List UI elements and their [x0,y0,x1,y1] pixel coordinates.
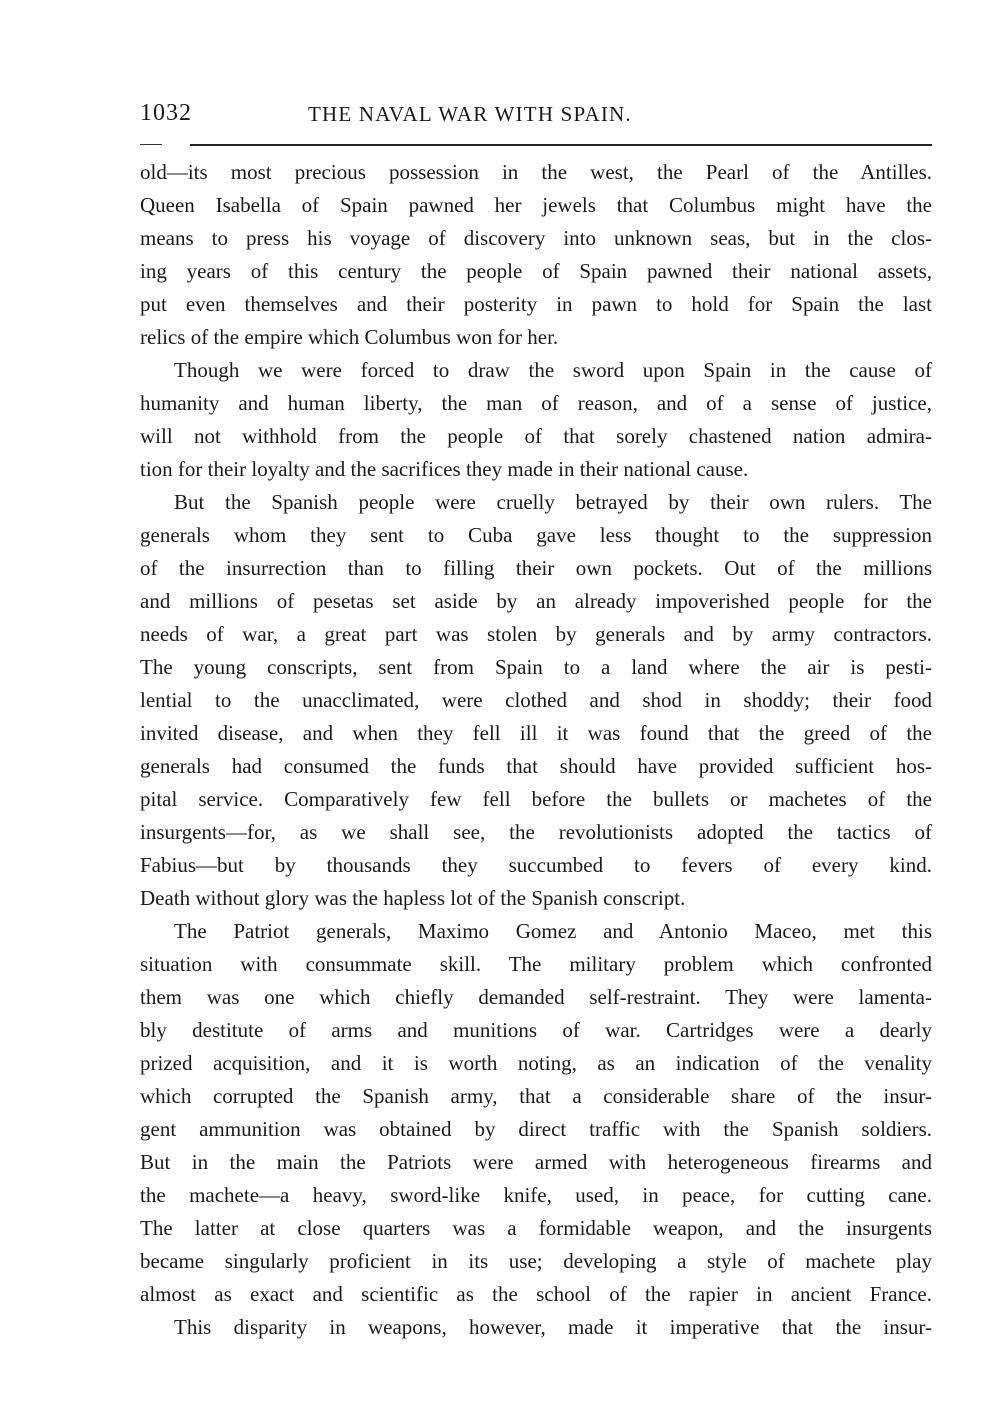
text-line: But in the main the Patriots were armed … [140,1146,932,1179]
text-line: almost as exact and scientific as the sc… [140,1278,932,1311]
text-line: lential to the unacclimated, were clothe… [140,684,932,717]
paragraph: Though we were forced to draw the sword … [140,354,932,486]
text-line: humanity and human liberty, the man of r… [140,387,932,420]
text-line: Queen Isabella of Spain pawned her jewel… [140,189,932,222]
text-line: Fabius—but by thousands they succumbed t… [140,849,932,882]
header-rule [140,132,932,146]
text-line: put even themselves and their posterity … [140,288,932,321]
text-line: pital service. Comparatively few fell be… [140,783,932,816]
book-page: 1032 THE NAVAL WAR WITH SPAIN. old—its m… [140,92,932,1344]
text-line: gent ammunition was obtained by direct t… [140,1113,932,1146]
paragraph: This disparity in weapons, however, made… [140,1311,932,1344]
text-line: bly destitute of arms and munitions of w… [140,1014,932,1047]
text-line: and millions of pesetas set aside by an … [140,585,932,618]
text-line: them was one which chiefly demanded self… [140,981,932,1014]
text-line: Though we were forced to draw the sword … [140,354,932,387]
text-line: generals had consumed the funds that sho… [140,750,932,783]
text-line: Death without glory was the hapless lot … [140,882,932,915]
text-line: situation with consummate skill. The mil… [140,948,932,981]
text-line: The Patriot generals, Maximo Gomez and A… [140,915,932,948]
running-title: THE NAVAL WAR WITH SPAIN. [308,102,632,127]
text-line: the machete—a heavy, sword-like knife, u… [140,1179,932,1212]
text-line: invited disease, and when they fell ill … [140,717,932,750]
text-line: which corrupted the Spanish army, that a… [140,1080,932,1113]
text-line: needs of war, a great part was stolen by… [140,618,932,651]
text-line: But the Spanish people were cruelly betr… [140,486,932,519]
paragraph: old—its most precious possession in the … [140,156,932,354]
rule-dash [140,144,162,145]
text-line: prized acquisition, and it is worth noti… [140,1047,932,1080]
text-line: will not withhold from the people of tha… [140,420,932,453]
text-line: relics of the empire which Columbus won … [140,321,932,354]
rule-line [190,144,932,146]
text-line: generals whom they sent to Cuba gave les… [140,519,932,552]
text-line: This disparity in weapons, however, made… [140,1311,932,1344]
text-line: ing years of this century the people of … [140,255,932,288]
body-text: old—its most precious possession in the … [140,156,932,1344]
text-line: of the insurrection than to filling thei… [140,552,932,585]
text-line: became singularly proficient in its use;… [140,1245,932,1278]
paragraph: The Patriot generals, Maximo Gomez and A… [140,915,932,1311]
page-number: 1032 [140,100,192,127]
text-line: tion for their loyalty and the sacrifice… [140,453,932,486]
text-line: means to press his voyage of discovery i… [140,222,932,255]
text-line: The latter at close quarters was a formi… [140,1212,932,1245]
paragraph: But the Spanish people were cruelly betr… [140,486,932,915]
text-line: old—its most precious possession in the … [140,156,932,189]
text-line: insurgents—for, as we shall see, the rev… [140,816,932,849]
running-head: 1032 THE NAVAL WAR WITH SPAIN. [140,92,932,132]
text-line: The young conscripts, sent from Spain to… [140,651,932,684]
